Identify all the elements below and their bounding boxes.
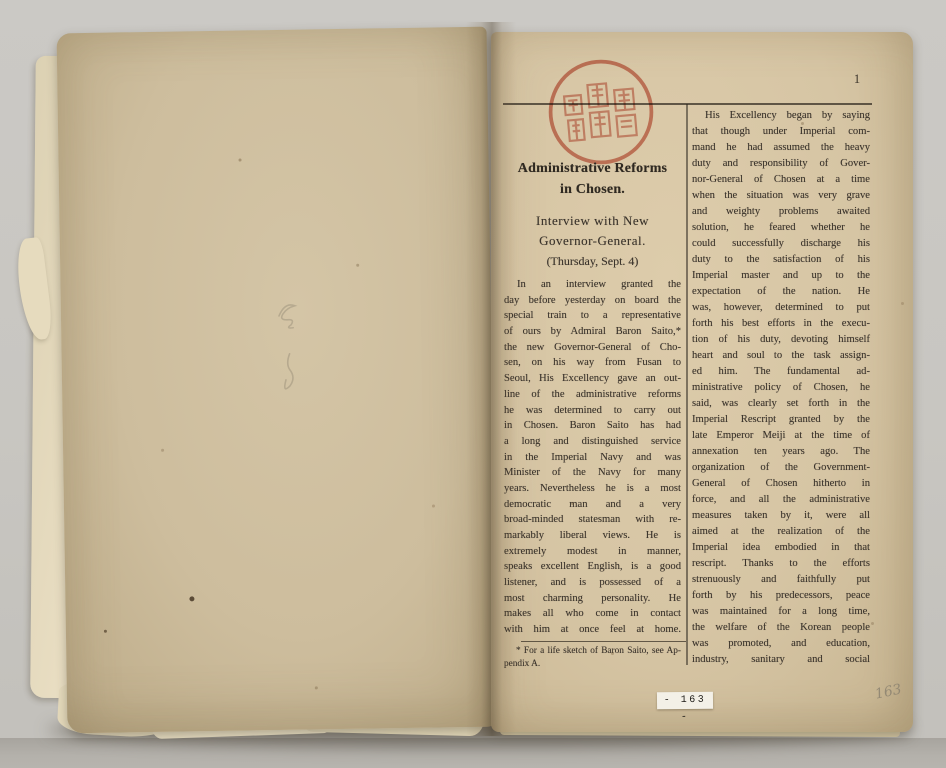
right-text-page: 1 Administrative Reformsin Chosen. Inter… [491, 32, 913, 732]
text-line: ministrative policy of Chosen, he [692, 380, 870, 396]
pencil-scribble-icon [276, 350, 303, 400]
text-line: Minister of the Navy for many [504, 465, 681, 481]
paper-specks [104, 630, 107, 633]
text-line: forth his best efforts in the execu- [692, 316, 870, 332]
photograph-background: 1 Administrative Reformsin Chosen. Inter… [0, 0, 946, 768]
catalog-page-label: - 163 - [657, 692, 713, 709]
text-line: measures taken by it, were all [692, 508, 870, 524]
text-line: that though under Imperial com- [692, 124, 870, 140]
text-line: nor-General of Chosen at a time [692, 172, 870, 188]
text-line: expectation of the nation. He [692, 284, 870, 300]
title-line: in Chosen. [504, 179, 681, 200]
text-line: Seoul, His Excellency gave an out- [504, 371, 681, 387]
text-line: duty to the satisfaction of his [692, 252, 870, 268]
text-line: in the Imperial Navy and was [504, 450, 681, 466]
text-line: could successfully discharge his [692, 236, 870, 252]
text-line: rescript. Thanks to the efforts [692, 556, 870, 572]
text-line: the welfare of the Korean people [692, 620, 870, 636]
book-gutter-shadow [466, 22, 516, 736]
text-line: broad-minded statesman with re- [504, 512, 681, 528]
text-line: speaks excellent English, is a good [504, 559, 681, 575]
text-line: Imperial Rescript granted by the [692, 412, 870, 428]
footnote-line: pendix A. [504, 658, 681, 671]
text-line: General of Chosen hitherto in [692, 476, 870, 492]
text-line: strenuously and faithfully put [692, 572, 870, 588]
subtitle-line: Interview with New [504, 211, 681, 231]
footnote: * For a life sketch of Baron Saito, see … [504, 645, 681, 670]
text-line: late Emperor Meiji at the time of [692, 428, 870, 444]
left-blank-page [57, 27, 498, 734]
text-line: was promoted, and education, [692, 636, 870, 652]
text-line: listener, and is possessed of a [504, 575, 681, 591]
text-line: a long and distinguished service [504, 434, 681, 450]
text-line: Imperial master and up to the [692, 268, 870, 284]
handwritten-page-number: 163 [874, 681, 903, 702]
article-body-column-1: In an interview granted theday before ye… [504, 277, 681, 638]
text-line: force, and all the administrative [692, 492, 870, 508]
page-number: 1 [843, 72, 871, 87]
paper-specks [571, 502, 574, 505]
text-line: of ours by Admiral Baron Saito,* [504, 324, 681, 340]
text-line: he was determined to carry out [504, 403, 681, 419]
text-line: Imperial idea embodied in that [692, 540, 870, 556]
text-line: most charming personality. He [504, 591, 681, 607]
text-line: democratic man and a very [504, 497, 681, 513]
text-line: was maintained for a long time, [692, 604, 870, 620]
text-line: In an interview granted the [504, 277, 681, 293]
article-subtitle: Interview with NewGovernor-General. [504, 211, 681, 251]
text-line: was, however, determined to put [692, 300, 870, 316]
text-line: markably liberal views. He is [504, 528, 681, 544]
text-line: with him at once feel at home. [504, 622, 681, 638]
text-line: ed him. The fundamental ad- [692, 364, 870, 380]
text-line: annexation ten years ago. The [692, 444, 870, 460]
footnote-line: * For a life sketch of Baron Saito, see … [504, 645, 681, 658]
text-line: tion of his duty, devoting himself [692, 332, 870, 348]
text-line: said, was clearly set forth in the [692, 396, 870, 412]
text-line: makes all who come in contact [504, 606, 681, 622]
text-line: the new Governor-General of Cho- [504, 340, 681, 356]
text-line: organization of the Government- [692, 460, 870, 476]
footnote-rule [521, 641, 686, 642]
article-body-column-2: His Excellency began by sayingthat thoug… [692, 108, 870, 668]
pencil-scribble-icon [271, 298, 306, 351]
text-line: heart and soul to the task assign- [692, 348, 870, 364]
text-line: in Chosen. Baron Saito has had [504, 418, 681, 434]
text-line: and weighty problems awaited [692, 204, 870, 220]
text-line: sen, on his way from Fusan to [504, 355, 681, 371]
text-line: when the situation was very grave [692, 188, 870, 204]
text-line: day before yesterday on board the [504, 293, 681, 309]
text-line: years. Nevertheless he is a most [504, 481, 681, 497]
column-divider-rule [686, 104, 688, 665]
title-line: Administrative Reforms [504, 158, 681, 179]
text-line: industry, sanitary and social [692, 652, 870, 668]
text-line: solution, he feared whether he [692, 220, 870, 236]
text-line: forth by his predecessors, peace [692, 588, 870, 604]
text-line: mand he had assumed the heavy [692, 140, 870, 156]
text-line: extremely modest in manner, [504, 544, 681, 560]
article-title: Administrative Reformsin Chosen. [504, 158, 681, 200]
text-line: special train to a representative [504, 308, 681, 324]
text-line: aimed at the realization of the [692, 524, 870, 540]
article-dateline: (Thursday, Sept. 4) [504, 254, 681, 269]
subtitle-line: Governor-General. [504, 231, 681, 251]
text-line: His Excellency began by saying [692, 108, 870, 124]
text-line: duty and responsibility of Gover- [692, 156, 870, 172]
text-line: line of the administrative reforms [504, 387, 681, 403]
red-seal-stamp-icon [545, 56, 657, 168]
